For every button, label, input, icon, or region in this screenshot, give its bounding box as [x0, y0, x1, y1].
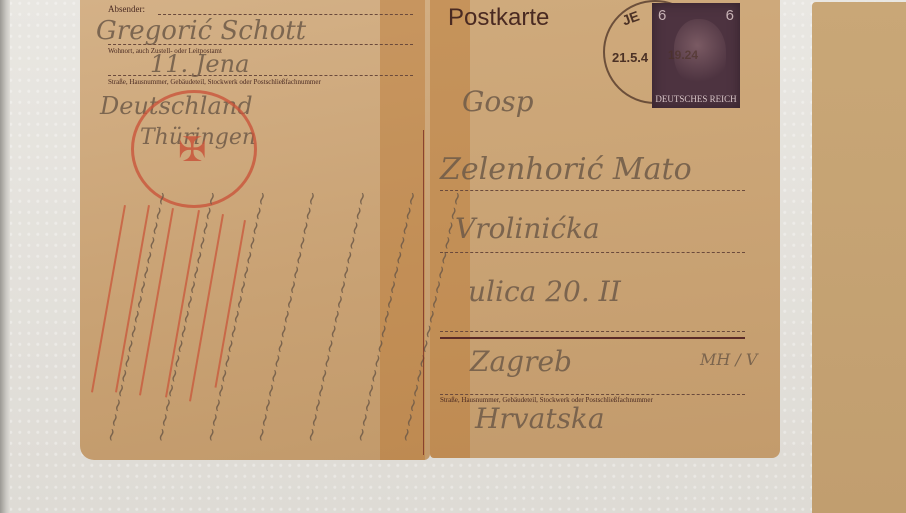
address-line: Gosp: [462, 85, 534, 118]
address-line: Zelenhorić Mato: [440, 152, 692, 187]
stamp-value-left: 6: [658, 7, 666, 24]
card-divider-line: [423, 130, 424, 455]
dotted-line: [158, 14, 413, 15]
address-line: Zagreb: [470, 345, 572, 378]
solid-line: [440, 337, 745, 339]
address-line: Hrvatska: [475, 402, 605, 435]
dotted-line: [440, 252, 745, 253]
address-line: Vrolinićka: [455, 212, 600, 245]
dotted-line: [108, 44, 413, 45]
eagle-icon: ✠: [178, 130, 207, 170]
postkarte-title: Postkarte: [448, 4, 549, 32]
dotted-line: [440, 331, 745, 332]
residence-handwriting: 11. Jena: [150, 50, 249, 78]
stamp-value-right: 6: [726, 7, 734, 24]
postmark-time: 19.24: [668, 48, 698, 62]
sender-label: Absender:: [108, 4, 145, 14]
stamp-caption: DEUTSCHES REICH: [654, 94, 738, 104]
address-line: ulica 20. II: [468, 275, 621, 308]
street-label-left: Straße, Hausnummer, Gebäudeteil, Stockwe…: [108, 78, 321, 86]
dotted-line: [440, 394, 745, 395]
dotted-line: [440, 190, 745, 191]
annotation: MH / V: [700, 350, 757, 369]
third-postcard-edge: [812, 2, 906, 513]
sender-name-handwriting: Gregorić Schott: [96, 16, 306, 46]
display-frame-edge: [0, 0, 10, 513]
dotted-line: [108, 75, 413, 76]
postmark-date: 21.5.4: [612, 50, 648, 65]
